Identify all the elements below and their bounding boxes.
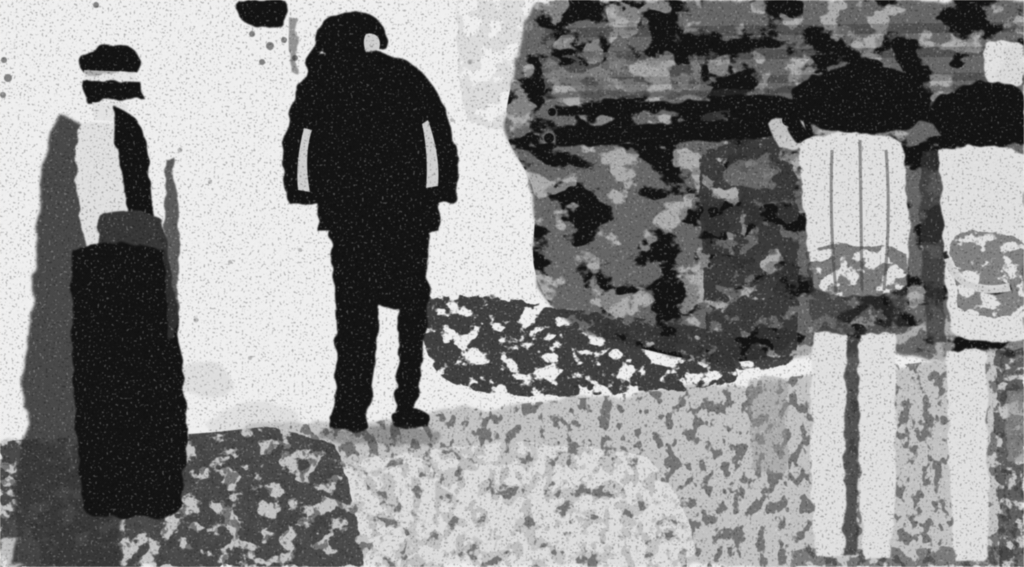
screenshot-root <box>0 0 1024 567</box>
halftone-photograph <box>0 0 1024 567</box>
photo-grain-overlay <box>0 0 1024 567</box>
